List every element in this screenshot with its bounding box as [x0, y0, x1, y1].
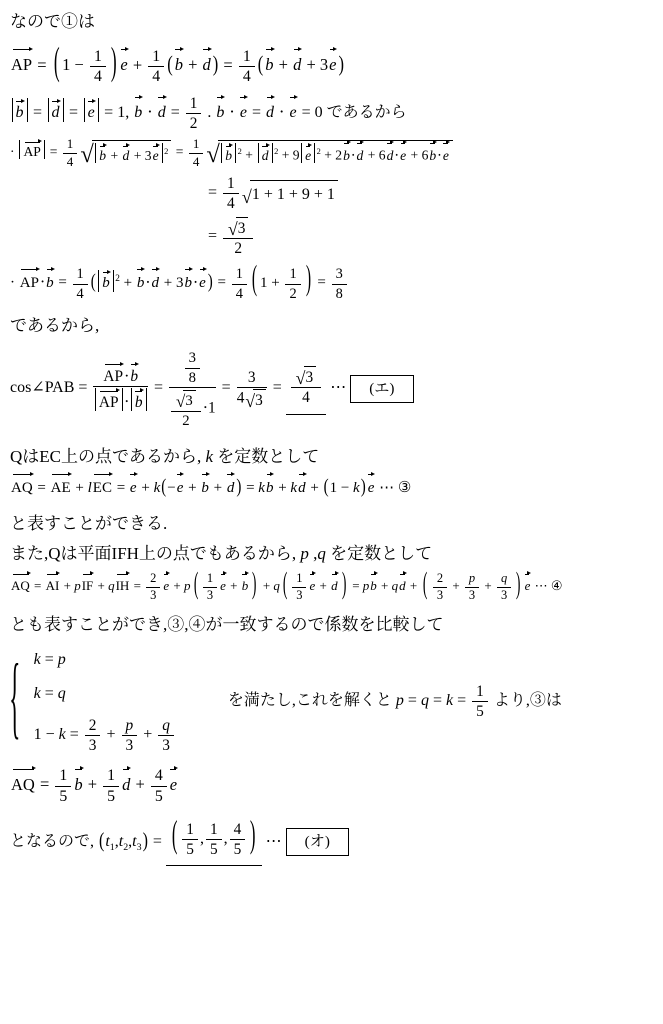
variable: p	[469, 571, 475, 585]
solution-line-l10: QはEC上の点であるから, k を定数として	[10, 445, 657, 470]
parenthesized-group: (b2 + b⋅d + 3b⋅e)	[90, 275, 214, 291]
open-paren-glyph: (	[167, 48, 173, 80]
answer-box: (オ)	[286, 828, 349, 856]
vector-symbol: AI	[46, 578, 60, 593]
solution-line-l17: AQ = 15b + 15d + 45e	[10, 766, 657, 805]
overline-vector-notation: AP	[20, 273, 39, 295]
vector-symbol: b	[134, 104, 142, 121]
vector-notation: b	[16, 105, 24, 121]
vector-notation: e	[290, 101, 297, 124]
vector-symbol: e	[443, 148, 449, 163]
fraction: 14	[239, 47, 255, 86]
vector-notation: d	[357, 146, 364, 166]
vector-symbol: e	[240, 104, 247, 121]
vector-symbol: IF	[82, 578, 94, 593]
variable: p	[126, 717, 134, 734]
open-paren-glyph: (	[324, 474, 329, 503]
numerator: 1	[472, 682, 488, 702]
open-paren-glyph: (	[91, 269, 96, 298]
fraction: 14	[148, 47, 164, 86]
fraction: q3	[158, 716, 174, 754]
fraction: 15	[182, 820, 198, 858]
numerator: 1	[189, 136, 204, 154]
vector-symbol: b	[429, 148, 436, 163]
vector-notation: d	[298, 478, 306, 500]
vector-arrow-icon	[120, 46, 127, 51]
close-paren-glyph: )	[361, 474, 366, 503]
parenthesized-group: (1 + 12)	[249, 275, 314, 291]
vector-notation: e	[163, 577, 169, 596]
vector-symbol: e	[120, 55, 127, 74]
vector-symbol: e	[309, 578, 315, 593]
vector-arrow-icon	[11, 766, 35, 771]
overline-vector-notation: AP	[23, 145, 40, 159]
vector-arrow-icon	[82, 572, 94, 576]
vector-symbol: e	[220, 578, 226, 593]
absolute-value: b	[98, 270, 114, 292]
vector-symbol: AP	[20, 275, 39, 291]
solution-line-l12: と表すことができる.	[10, 512, 657, 537]
vector-symbol: b	[46, 275, 54, 291]
open-paren-glyph: (	[54, 34, 60, 90]
vector-notation: e	[177, 478, 184, 500]
denominator: 3	[292, 588, 306, 603]
vector-symbol: b	[74, 775, 82, 794]
fraction: 13	[203, 571, 217, 603]
vector-arrow-icon	[93, 472, 112, 477]
overline-vector-notation: AQ	[11, 478, 33, 500]
vector-symbol: e	[290, 104, 297, 121]
solution-line-l1: なので①は	[10, 10, 657, 35]
vector-notation: d	[293, 53, 301, 77]
denominator: 3	[203, 588, 217, 603]
vector-notation: b	[130, 368, 138, 385]
fraction: p3	[465, 571, 479, 603]
absolute-value: b	[221, 143, 236, 163]
vector-arrow-icon	[122, 766, 130, 771]
vector-notation: d	[399, 577, 406, 596]
numerator: 1	[285, 265, 300, 284]
system-of-equations: {k = pk = q1 − k = 23 + p3 + q3	[10, 648, 176, 755]
vector-symbol: b	[343, 148, 350, 163]
vector-notation: b	[216, 101, 224, 124]
vector-notation: d	[331, 577, 338, 596]
vector-symbol: e	[400, 148, 406, 163]
vector-symbol: AP	[99, 394, 119, 411]
numerator: p	[122, 716, 138, 736]
fraction: 38	[185, 349, 200, 386]
vector-notation: d	[262, 149, 269, 163]
vector-symbol: d	[227, 480, 235, 496]
vector-symbol: b	[265, 55, 273, 74]
fraction: 45	[230, 820, 246, 858]
fraction: 38√32⋅1	[169, 348, 216, 429]
solution-line-l7: · AP⋅b = 14(b2 + b⋅d + 3b⋅e) = 14(1 + 12…	[10, 265, 657, 301]
denominator: 4	[73, 285, 88, 302]
vector-arrow-icon	[387, 140, 394, 144]
vector-symbol: e	[305, 148, 311, 163]
equation-row: 1 − k = 23 + p3 + q3	[34, 716, 176, 754]
vector-notation: b	[429, 146, 436, 166]
vector-symbol: d	[266, 104, 274, 121]
subscript: 1	[110, 842, 115, 853]
vector-notation: e	[400, 146, 406, 166]
vector-symbol: e	[153, 148, 159, 163]
solution-line-l8: であるから,	[10, 314, 657, 339]
close-paren-glyph: )	[143, 825, 148, 856]
equation-rows: k = pk = q1 − k = 23 + p3 + q3	[34, 648, 176, 755]
radicand: 3	[253, 389, 266, 409]
vector-arrow-icon	[443, 140, 449, 144]
numerator: AP⋅b	[93, 367, 148, 387]
parenthesized-group: (−e + b + d)	[160, 480, 242, 496]
fraction: 14	[223, 174, 239, 212]
vector-symbol: e	[199, 275, 206, 291]
vector-arrow-icon	[123, 143, 130, 147]
vector-arrow-icon	[370, 572, 377, 576]
open-paren-glyph: (	[258, 48, 264, 80]
variable: k	[258, 480, 265, 496]
vector-symbol: d	[158, 104, 166, 121]
vector-notation: b	[184, 273, 192, 295]
vector-arrow-icon	[135, 388, 143, 393]
solution-line-l13: また,Qは平面IFH上の点でもあるから, p ,q を定数として	[10, 542, 657, 567]
fraction: 14	[90, 47, 106, 86]
overline-vector-notation: IF	[82, 577, 94, 596]
vector-arrow-icon	[266, 472, 274, 477]
variable: q	[162, 717, 170, 734]
vector-notation: d	[203, 53, 211, 77]
solution-line-l4: · AP = 14√b + d + 3e2 = 14√b2 + d2 + 9e2…	[10, 136, 657, 169]
vector-symbol: d	[293, 55, 301, 74]
vector-symbol: b	[99, 148, 106, 163]
radicand: 3	[236, 217, 249, 237]
vector-arrow-icon	[130, 362, 138, 367]
absolute-value: d	[48, 98, 64, 121]
denominator: 4	[148, 67, 164, 86]
denominator: 5	[103, 787, 119, 806]
vector-notation: d	[122, 773, 130, 797]
vector-symbol: b	[225, 148, 232, 163]
solution-line-l2: AP = (1 − 14)e + 14(b + d) = 14(b + d + …	[10, 47, 657, 86]
vector-notation: e	[240, 101, 247, 124]
fraction: 12	[285, 265, 300, 301]
numerator: 1	[103, 766, 119, 787]
vector-symbol: d	[357, 148, 364, 163]
parenthesized-group: (t1,t2,t3)	[98, 833, 149, 850]
fraction: 14	[189, 136, 204, 169]
vector-symbol: e	[368, 480, 375, 496]
vector-arrow-icon	[309, 572, 315, 576]
parenthesized-group: (13e + b)	[191, 578, 260, 593]
numerator: 2	[433, 571, 447, 588]
fraction: p3	[122, 716, 138, 754]
vector-symbol: b	[175, 55, 183, 74]
overline-vector-notation: IH	[116, 577, 130, 596]
vector-arrow-icon	[225, 143, 232, 147]
open-paren-glyph: (	[172, 809, 178, 863]
denominator: √32⋅1	[169, 388, 216, 429]
fraction: 45	[151, 766, 167, 805]
close-paren-glyph: )	[236, 474, 241, 503]
vector-arrow-icon	[11, 472, 33, 477]
vector-arrow-icon	[99, 143, 106, 147]
denominator: 3	[465, 588, 479, 603]
vector-notation: b	[102, 276, 110, 291]
vector-symbol: IH	[116, 578, 130, 593]
vector-symbol: d	[298, 480, 306, 496]
vector-notation: e	[170, 773, 177, 797]
variable: k	[34, 685, 41, 702]
vector-notation: e	[88, 105, 95, 121]
vector-symbol: AP	[103, 368, 123, 385]
vector-arrow-icon	[158, 94, 166, 99]
variable: p	[184, 578, 191, 593]
vector-symbol: b	[266, 480, 274, 496]
variable: k	[59, 726, 66, 743]
radicand: 3	[304, 366, 317, 386]
vector-symbol: b	[135, 394, 143, 411]
vector-symbol: b	[201, 480, 209, 496]
vector-notation: b	[137, 273, 145, 295]
vector-notation: e	[199, 273, 206, 295]
vector-symbol: d	[52, 104, 60, 121]
superscript: 2	[238, 147, 242, 157]
vector-arrow-icon	[429, 140, 436, 144]
overline-vector-notation: AI	[46, 577, 60, 596]
denominator: 3	[85, 736, 101, 754]
vector-arrow-icon	[103, 362, 123, 367]
vector-arrow-icon	[293, 46, 301, 51]
vector-symbol: d	[399, 578, 406, 593]
vector-notation: e	[153, 149, 159, 163]
numerator: 2	[85, 716, 101, 736]
variable: k	[353, 480, 360, 496]
vector-arrow-icon	[102, 270, 110, 275]
square-root: √3	[245, 389, 265, 409]
numerator: 3	[332, 265, 347, 284]
numerator: 1	[73, 265, 88, 284]
denominator: 2	[186, 114, 202, 132]
vector-notation: d	[52, 105, 60, 121]
overline-vector-notation: AQ	[11, 577, 30, 596]
numerator: q	[158, 716, 174, 736]
variable: q	[421, 692, 429, 709]
denominator: 4√3	[237, 388, 267, 409]
denominator: 5	[230, 840, 246, 858]
numerator: 1	[90, 47, 106, 68]
fraction: 12	[186, 94, 202, 132]
open-paren-glyph: (	[283, 562, 288, 606]
vector-arrow-icon	[262, 143, 269, 147]
solution-line-l16: {k = pk = q1 − k = 23 + p3 + q3を満たし,これを解…	[10, 648, 657, 755]
absolute-value: b + d + 3e	[95, 143, 162, 163]
vector-arrow-icon	[99, 388, 119, 393]
vector-arrow-icon	[357, 140, 364, 144]
numerator: 1	[223, 174, 239, 194]
vector-notation: d	[123, 149, 130, 163]
denominator: 5	[206, 840, 222, 858]
numerator: 1	[203, 571, 217, 588]
parenthesized-group: (15,15,45)	[169, 830, 259, 847]
equation-row: k = p	[34, 648, 176, 671]
variable: k	[206, 447, 214, 466]
close-paren-glyph: )	[250, 809, 256, 863]
vector-symbol: b	[16, 104, 24, 121]
vector-symbol: b	[130, 368, 138, 385]
denominator: 4	[291, 388, 321, 406]
radicand: b2 + d2 + 9e2 + 2b⋅d + 6d⋅e + 6b⋅e	[218, 140, 453, 165]
numerator: √3	[223, 216, 253, 239]
variable: p	[363, 578, 370, 593]
parenthesized-group: (13e + d)	[280, 578, 349, 593]
numerator: 1	[55, 766, 71, 787]
vector-symbol: e	[177, 480, 184, 496]
numerator: 1	[63, 136, 78, 154]
subscript: 2	[123, 842, 128, 853]
vector-symbol: e	[329, 55, 336, 74]
vector-arrow-icon	[400, 140, 406, 144]
variable: k	[446, 692, 453, 709]
numerator: 1	[186, 94, 202, 114]
fraction: 23	[85, 716, 101, 754]
vector-arrow-icon	[116, 572, 130, 576]
denominator: 4	[223, 194, 239, 212]
fraction: 15	[55, 766, 71, 805]
vector-symbol: e	[88, 104, 95, 121]
close-paren-glyph: )	[516, 562, 521, 606]
variable: p	[58, 651, 66, 668]
absolute-value: d	[258, 143, 273, 163]
vector-symbol: d	[331, 578, 338, 593]
overline-vector-notation: AP	[11, 53, 32, 77]
parenthesized-group: (23 + p3 + q3)	[420, 578, 523, 593]
radicand: 1 + 1 + 9 + 1	[250, 180, 338, 206]
overline-vector-notation: AE	[51, 478, 71, 500]
numerator: 3	[237, 368, 267, 388]
superscript: 2	[164, 147, 168, 157]
fraction: 15	[103, 766, 119, 805]
absolute-value: b	[131, 388, 147, 410]
vector-symbol: d	[123, 148, 130, 163]
variable: k	[34, 651, 41, 668]
denominator: 2	[285, 285, 300, 302]
absolute-value: AP	[19, 140, 44, 160]
vector-notation: e	[443, 146, 449, 166]
numerator: 4	[230, 820, 246, 840]
solution-line-l14: AQ = AI + pIF + qIH = 23e + p(13e + b) +…	[10, 571, 657, 603]
absolute-value: e	[84, 98, 99, 121]
fraction: 34√3	[237, 368, 267, 409]
numerator: 3	[185, 349, 200, 369]
vector-arrow-icon	[368, 472, 375, 477]
vector-arrow-icon	[203, 46, 211, 51]
vector-symbol: b	[242, 578, 249, 593]
vector-symbol: AQ	[11, 578, 30, 593]
fraction: √34	[291, 365, 321, 406]
absolute-value: b	[12, 98, 28, 121]
vector-arrow-icon	[329, 46, 336, 51]
radicand: b + d + 3e2	[92, 140, 172, 165]
denominator: 3	[122, 736, 138, 754]
vector-notation: e	[220, 577, 226, 596]
vector-notation: d	[266, 101, 274, 124]
solution-line-l11: AQ = AE + lEC = e + k(−e + b + d) = kb +…	[10, 478, 657, 500]
vector-symbol: AP	[23, 144, 40, 159]
solution-line-l9: cos∠PAB = AP⋅bAP⋅b = 38√32⋅1 = 34√3 = √3…	[10, 348, 657, 429]
vector-arrow-icon	[23, 140, 40, 144]
numerator: p	[465, 571, 479, 588]
denominator: 4	[90, 67, 106, 86]
square-root: √1 + 1 + 9 + 1	[242, 180, 338, 206]
square-root: √3	[296, 366, 316, 386]
vector-arrow-icon	[220, 572, 226, 576]
superscript: 2	[274, 147, 278, 157]
vector-notation: b	[134, 101, 142, 124]
vector-arrow-icon	[152, 267, 160, 272]
vector-arrow-icon	[265, 46, 273, 51]
denominator: 5	[55, 787, 71, 806]
vector-symbol: b	[184, 275, 192, 291]
answer-underline: (15,15,45)	[166, 818, 262, 866]
open-paren-glyph: (	[99, 825, 104, 856]
open-paren-glyph: (	[161, 474, 166, 503]
denominator: AP⋅b	[93, 387, 148, 411]
vector-notation: e	[130, 478, 137, 500]
vector-notation: d	[227, 478, 235, 500]
solution-line-l18: となるので, (t1,t2,t3) = (15,15,45) ⋯ (オ)	[10, 818, 657, 866]
vector-arrow-icon	[290, 94, 297, 99]
vector-notation: b	[74, 773, 82, 797]
vector-symbol: e	[130, 480, 137, 496]
fraction: 13	[292, 571, 306, 603]
solution-line-l5: = 14√1 + 1 + 9 + 1	[10, 174, 657, 212]
denominator: 3	[146, 588, 160, 603]
vector-symbol: e	[170, 775, 177, 794]
vector-symbol: AP	[11, 55, 32, 74]
variable: k	[290, 480, 297, 496]
numerator: 1	[206, 820, 222, 840]
open-paren-glyph: (	[193, 562, 198, 606]
vector-arrow-icon	[216, 94, 224, 99]
close-paren-glyph: )	[213, 48, 219, 80]
fraction: 23	[433, 571, 447, 603]
vector-symbol: d	[387, 148, 394, 163]
variable: l	[88, 480, 92, 496]
vector-symbol: b	[216, 104, 224, 121]
vector-arrow-icon	[16, 98, 24, 103]
solution-line-l15: とも表すことができ,③,④が一致するので係数を比較して	[10, 613, 657, 638]
vector-arrow-icon	[88, 98, 95, 103]
vector-arrow-icon	[137, 267, 145, 272]
denominator: 4	[239, 67, 255, 86]
vector-notation: d	[152, 273, 160, 295]
vector-arrow-icon	[199, 267, 206, 272]
fraction: √32	[171, 389, 201, 429]
vector-arrow-icon	[175, 46, 183, 51]
equation-row: k = q	[34, 682, 176, 705]
vector-notation: e	[525, 577, 531, 596]
variable: q	[501, 571, 507, 585]
vector-symbol: AE	[51, 480, 71, 496]
vector-notation: d	[158, 101, 166, 124]
vector-arrow-icon	[305, 143, 311, 147]
variable: q	[392, 578, 399, 593]
vector-arrow-icon	[298, 472, 306, 477]
numerator: √3	[291, 365, 321, 388]
vector-arrow-icon	[130, 472, 137, 477]
vector-arrow-icon	[52, 98, 60, 103]
